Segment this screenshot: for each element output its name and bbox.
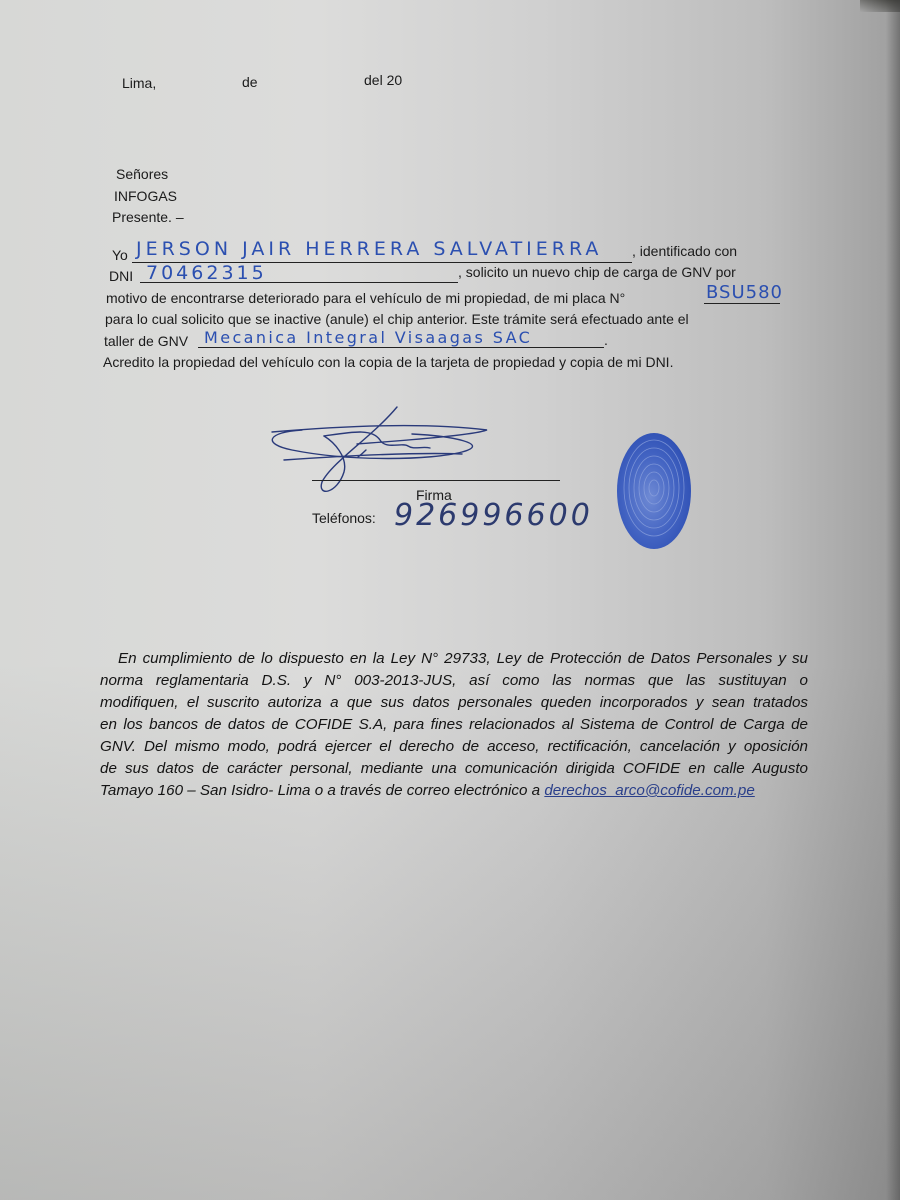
taller-underline — [198, 347, 604, 348]
signature-line — [312, 480, 560, 481]
taller-period: . — [604, 332, 608, 348]
addressee-line-1: Señores — [116, 166, 168, 182]
motivo-text: motivo de encontrarse deteriorado para e… — [106, 290, 625, 306]
dni-field[interactable]: 70462315 — [146, 262, 267, 284]
taller-field[interactable]: Mecanica Integral Visaagas SAC — [204, 328, 532, 347]
dni-label: DNI — [109, 268, 133, 284]
legal-line: en los bancos de datos de COFIDE S.A, pa… — [100, 714, 808, 736]
data-protection-notice: En cumplimiento de lo dispuesto en la Le… — [100, 648, 808, 802]
identificado-text: , identificado con — [632, 243, 737, 259]
email-link[interactable]: derechos_arco@cofide.com.pe — [544, 782, 754, 799]
acredito-text: Acredito la propiedad del vehículo con l… — [103, 354, 673, 370]
legal-line-last: Tamayo 160 – San Isidro- Lima o a través… — [100, 780, 808, 802]
addressee-line-2: INFOGAS — [114, 188, 177, 204]
anulacion-text: para lo cual solicito que se inactive (a… — [105, 311, 689, 327]
placa-underline — [704, 303, 780, 304]
legal-line: de sus datos de carácter personal, media… — [100, 758, 808, 780]
solicito-text: , solicito un nuevo chip de carga de GNV… — [458, 264, 736, 280]
addressee-line-3: Presente. – — [112, 209, 184, 225]
city-label: Lima, — [122, 75, 156, 91]
yo-label: Yo — [112, 247, 128, 263]
legal-last-text: Tamayo 160 – San Isidro- Lima o a través… — [100, 782, 544, 799]
document-page: Lima, de del 20 Señores INFOGAS Presente… — [0, 0, 900, 1200]
fingerprint-icon — [614, 430, 694, 552]
taller-label: taller de GNV — [104, 333, 188, 349]
name-field[interactable]: JERSON JAIR HERRERA SALVATIERRA — [136, 238, 602, 260]
signature-scribble — [262, 402, 562, 502]
legal-line: En cumplimiento de lo dispuesto en la Le… — [100, 648, 808, 670]
legal-line: norma reglamentaria D.S. y N° 003-2013-J… — [100, 670, 808, 692]
telefonos-label: Teléfonos: — [312, 510, 376, 526]
date-year-label: del 20 — [364, 72, 402, 88]
legal-line: modifiquen, el suscrito autoriza a que s… — [100, 692, 808, 714]
date-de-label: de — [242, 74, 258, 90]
telefono-field[interactable]: 926996600 — [394, 498, 593, 533]
legal-line: GNV. Del mismo modo, podrá ejercer el de… — [100, 736, 808, 758]
placa-field[interactable]: BSU580 — [706, 282, 783, 303]
